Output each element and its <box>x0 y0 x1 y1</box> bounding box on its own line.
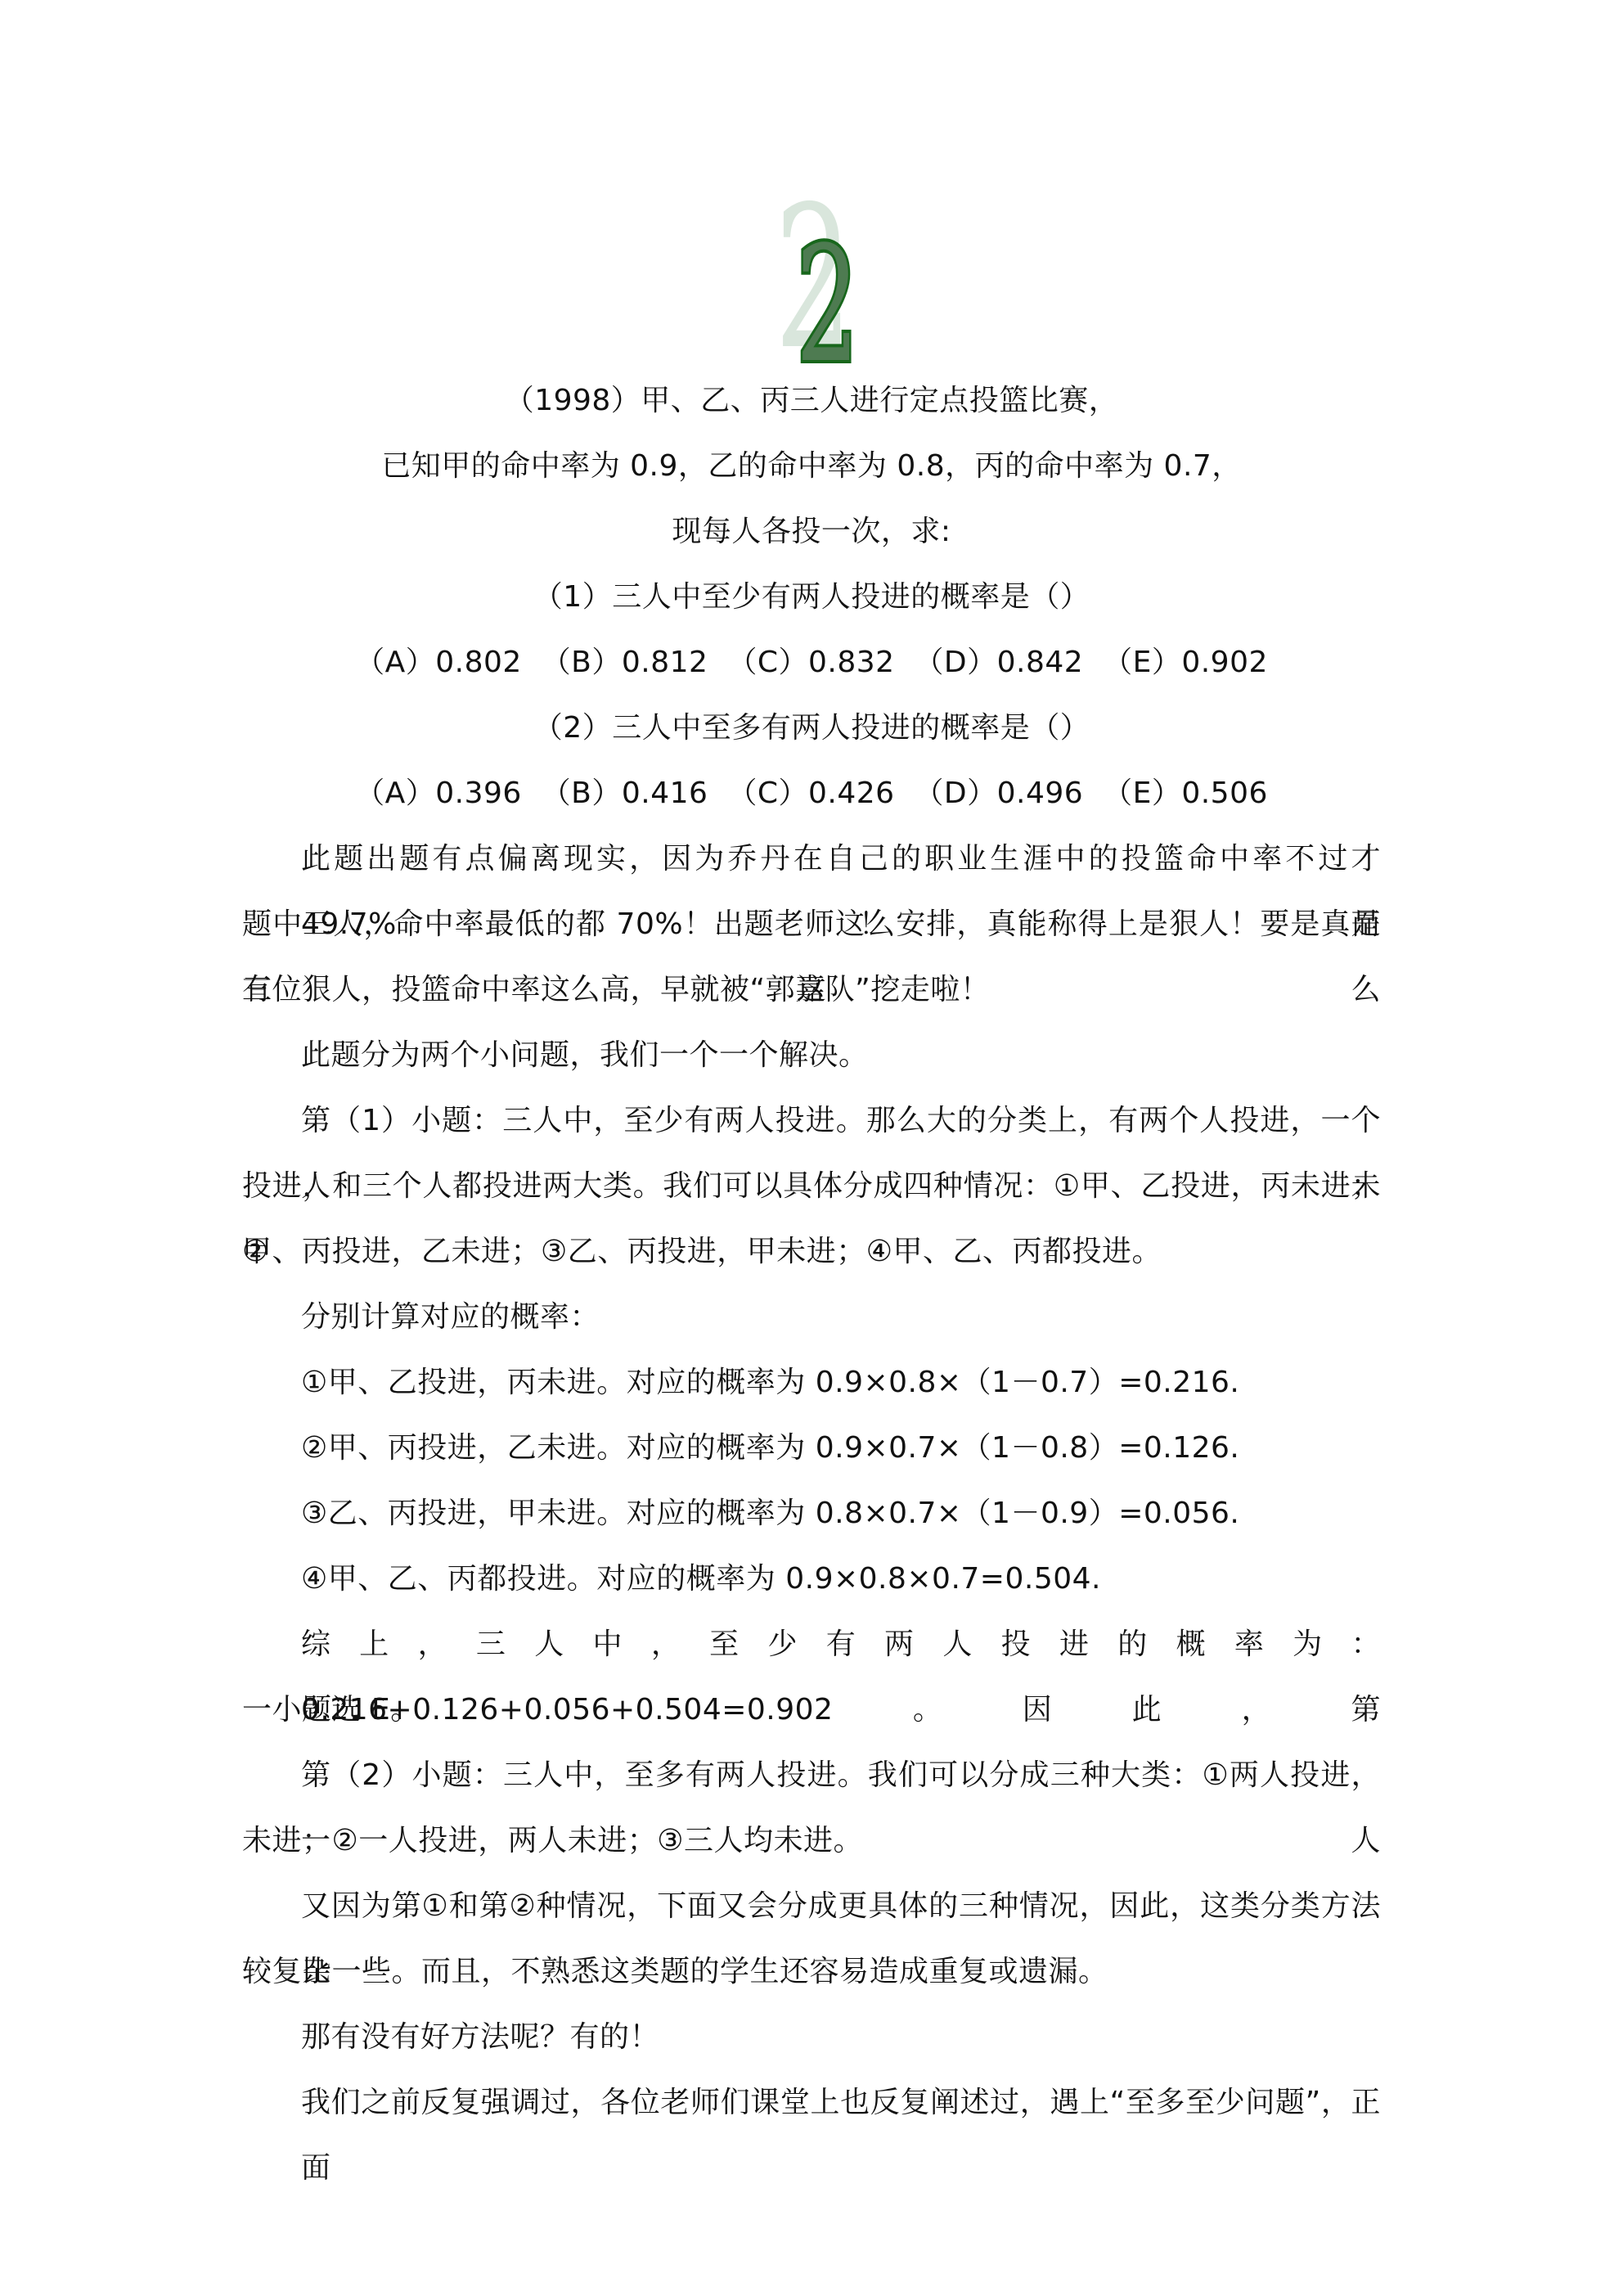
document-body: （1998）甲、乙、丙三人进行定点投篮比赛， 已知甲的命中率为 0.9，乙的命中… <box>242 368 1381 2136</box>
question-1-line: （1）三人中至少有两人投进的概率是（） <box>242 565 1381 630</box>
sub2-note-line-2: 较复杂一些。而且，不熟悉这类题的学生还容易造成重复或遗漏。 <box>242 1939 1381 2005</box>
problem-task-line: 现每人各投一次，求: <box>242 499 1381 565</box>
options-row-q1: （A）0.802 （B）0.812 （C）0.832 （D）0.842 （E）0… <box>242 630 1381 696</box>
method-question-line: 那有没有好方法呢？有的！ <box>242 2005 1381 2070</box>
sub2-analysis-line-1: 第（2）小题：三人中，至多有两人投进。我们可以分成三种大类：①两人投进，一人 <box>242 1743 1381 1808</box>
sub1-analysis-line-2: 投进，和三个人都投进两大类。我们可以具体分成四种情况：①甲、乙投进，丙未进；② <box>242 1154 1381 1219</box>
method-hint-line: 我们之前反复强调过，各位老师们课堂上也反复阐述过，遇上“至多至少问题”，正面 <box>242 2070 1381 2136</box>
case-2-line: ②甲、丙投进，乙未进。对应的概率为 0.9×0.7×（1－0.8）=0.126. <box>242 1416 1381 1481</box>
sub1-analysis-line-1: 第（1）小题：三人中，至少有两人投进。那么大的分类上，有两个人投进，一个人未 <box>242 1088 1381 1154</box>
calc-intro-line: 分别计算对应的概率： <box>242 1285 1381 1350</box>
case-4-line: ④甲、乙、丙都投进。对应的概率为 0.9×0.8×0.7=0.504. <box>242 1546 1381 1612</box>
sub1-summary-line-1: 综上，三人中，至少有两人投进的概率为：0.216+0.126+0.056+0.5… <box>242 1612 1381 1677</box>
question-2-line: （2）三人中至多有两人投进的概率是（） <box>242 696 1381 761</box>
options-row-q2: （A）0.396 （B）0.416 （C）0.426 （D）0.496 （E）0… <box>242 761 1381 826</box>
commentary-line-1: 此题出题有点偏离现实，因为乔丹在自己的职业生涯中的投篮命中率不过才 49.7%！… <box>242 826 1381 892</box>
commentary-line-2: 题中三人，命中率最低的都 70%！出题老师这么安排，真能称得上是狠人！要是真是有… <box>242 892 1381 957</box>
sub1-analysis-line-3: 甲、丙投进，乙未进；③乙、丙投进，甲未进；④甲、乙、丙都投进。 <box>242 1219 1381 1285</box>
sub2-note-line-1: 又因为第①和第②种情况，下面又会分成更具体的三种情况，因此，这类分类方法比 <box>242 1874 1381 1939</box>
case-1-line: ①甲、乙投进，丙未进。对应的概率为 0.9×0.8×（1－0.7）=0.216. <box>242 1350 1381 1416</box>
document-page: 2 2 （1998）甲、乙、丙三人进行定点投篮比赛， 已知甲的命中率为 0.9，… <box>0 0 1623 2296</box>
case-3-line: ③乙、丙投进，甲未进。对应的概率为 0.8×0.7×（1－0.9）=0.056. <box>242 1481 1381 1546</box>
problem-source-line: （1998）甲、乙、丙三人进行定点投篮比赛， <box>242 368 1381 434</box>
solution-intro-line: 此题分为两个小问题，我们一个一个解决。 <box>242 1023 1381 1088</box>
problem-rates-line: 已知甲的命中率为 0.9，乙的命中率为 0.8，丙的命中率为 0.7， <box>242 434 1381 499</box>
